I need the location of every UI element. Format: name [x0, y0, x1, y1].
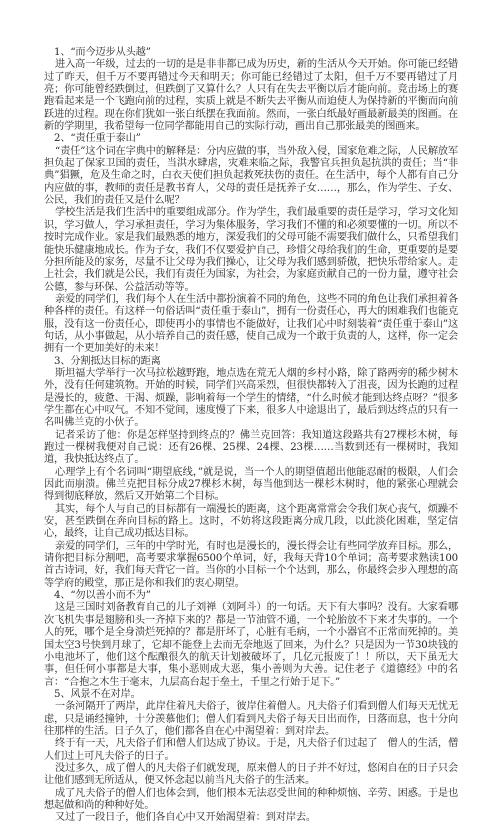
paragraph: 记者采访了他：你是怎样坚持到终点的？佛兰克回答：我知道这段路共有27棵杉木树，每… [44, 430, 458, 467]
paragraph: 这是三国时刘备教育自己的儿子刘禅（刘阿斗）的一句话。天下有大事吗？没有。大家看哪… [44, 602, 458, 688]
paragraph: 进入高一年级，过去的一切的是是非非都已成为历史，新的生活从今天开始。你可能已经错… [44, 59, 458, 133]
section-heading: 4、“勿以善小而不为” [44, 590, 458, 602]
paragraph: 亲爱的同学们，我们每个人在生活中都扮演着不同的角色，这些不同的角色让我们承担着各… [44, 294, 458, 356]
paragraph: 其实，每个人与自己的目标都有一端漫长的距离，这个距离常常会令我们灰心丧气，烦躁不… [44, 504, 458, 541]
paragraph: 亲爱的同学们，三年的中学时光，有时也是漫长的，漫长得会让有些同学放弃目标。那么，… [44, 541, 458, 590]
section-heading: 2、“责任重于泰山” [44, 133, 458, 145]
paragraph: 心理学上有个名词叫“期望底线，”就是说，当一个人的期望值超出他能忍耐的极限，人们… [44, 467, 458, 504]
document-page: 1、“而今迈步从头越” 进入高一年级，过去的一切的是是非非都已成为历史，新的生活… [44, 47, 458, 708]
section-heading: 3、分割抵达目标的距离 [44, 356, 458, 368]
paragraph: 一条河隔开了两岸，此岸住着凡夫俗子，彼岸住着僧人。凡夫俗子们看到僧人们每天无忧无… [44, 701, 458, 708]
section-heading: 5、风景不在对岸。 [44, 689, 458, 701]
paragraph: 学校生活是我们生活中的重要组成部分。作为学生，我们最重要的责任是学习，学习文化知… [44, 207, 458, 293]
paragraph: 斯坦福大学举行一次马拉松越野跑，地点选在荒无人烟的乡村小路，除了路两旁的稀少树木… [44, 368, 458, 430]
section-heading: 1、“而今迈步从头越” [44, 47, 458, 59]
paragraph: “责任”这个词在字典中的解释是：分内应做的事，当外敌入侵，国家危难之际，人民解放… [44, 146, 458, 208]
